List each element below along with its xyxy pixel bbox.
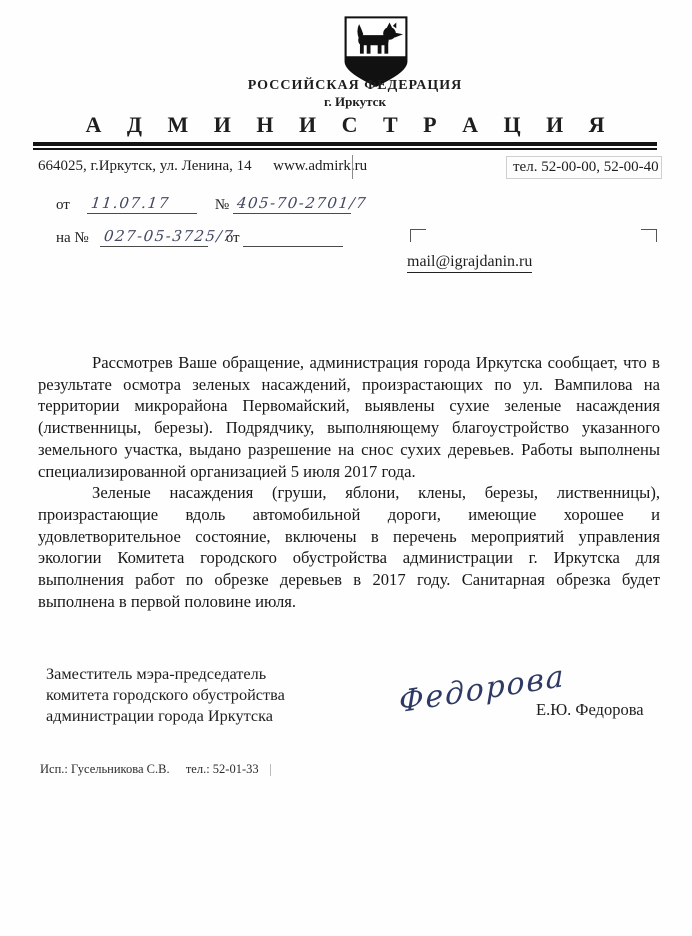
letterhead-rule <box>33 142 657 150</box>
scan-artifact-tick <box>270 764 271 776</box>
website-text: www.admirk.ru <box>273 158 367 174</box>
executor-phone: тел.: 52-01-33 <box>186 762 259 776</box>
postal-address: 664025, г.Иркутск, ул. Ленина, 14 <box>38 158 252 174</box>
phone-box: тел. 52-00-00, 52-00-40 <box>506 156 662 179</box>
executor-line: Исп.: Гусельникова С.В. тел.: 52-01-33 <box>40 762 271 777</box>
position-line-3: администрации города Иркутска <box>46 705 285 726</box>
recipient-corner-left <box>410 229 426 242</box>
executor-name: Исп.: Гусельникова С.В. <box>40 762 170 776</box>
handwritten-number: 405-70-2701/7 <box>232 194 372 212</box>
paragraph-2: Зеленые насаждения (груши, яблони, клены… <box>38 482 660 612</box>
outgoing-number-field: 405-70-2701/7 <box>233 194 351 214</box>
address-line: 664025, г.Иркутск, ул. Ленина, 14 www.ad… <box>38 158 367 175</box>
incoming-number-field: 027-05-3725/7 <box>100 227 208 247</box>
scanned-letter-page: РОССИЙСКАЯ ФЕДЕРАЦИЯ г. Иркутск А Д М И … <box>0 0 692 936</box>
outgoing-date-field: 11.07.17 <box>87 194 197 214</box>
address-divider <box>352 155 353 179</box>
reference-row-outgoing: от 11.07.17 № 405-70-2701/7 <box>56 194 351 214</box>
signatory-name: Е.Ю. Федорова <box>536 700 644 720</box>
recipient-corner-right <box>641 229 657 242</box>
handwritten-reply-number: 027-05-3725/7 <box>99 227 239 245</box>
reference-row-incoming: на № 027-05-3725/7 от <box>56 227 343 247</box>
letter-body: Рассмотрев Ваше обращение, администрация… <box>38 352 660 612</box>
paragraph-1: Рассмотрев Ваше обращение, администрация… <box>38 352 660 482</box>
incoming-date-field <box>243 227 343 247</box>
signatory-position: Заместитель мэра-председатель комитета г… <box>46 663 285 726</box>
organization-title: А Д М И Н И С Т Р А Ц И Я <box>0 112 692 138</box>
position-line-1: Заместитель мэра-председатель <box>46 663 285 684</box>
city-title: г. Иркутск <box>0 94 692 110</box>
position-line-2: комитета городского обустройства <box>46 684 285 705</box>
recipient-email: mail@igrajdanin.ru <box>407 253 532 273</box>
reply-label: на № <box>56 230 89 247</box>
from-label: от <box>56 197 70 214</box>
country-title: РОССИЙСКАЯ ФЕДЕРАЦИЯ <box>0 78 692 94</box>
handwritten-date: 11.07.17 <box>86 194 175 212</box>
number-label: № <box>215 197 229 214</box>
